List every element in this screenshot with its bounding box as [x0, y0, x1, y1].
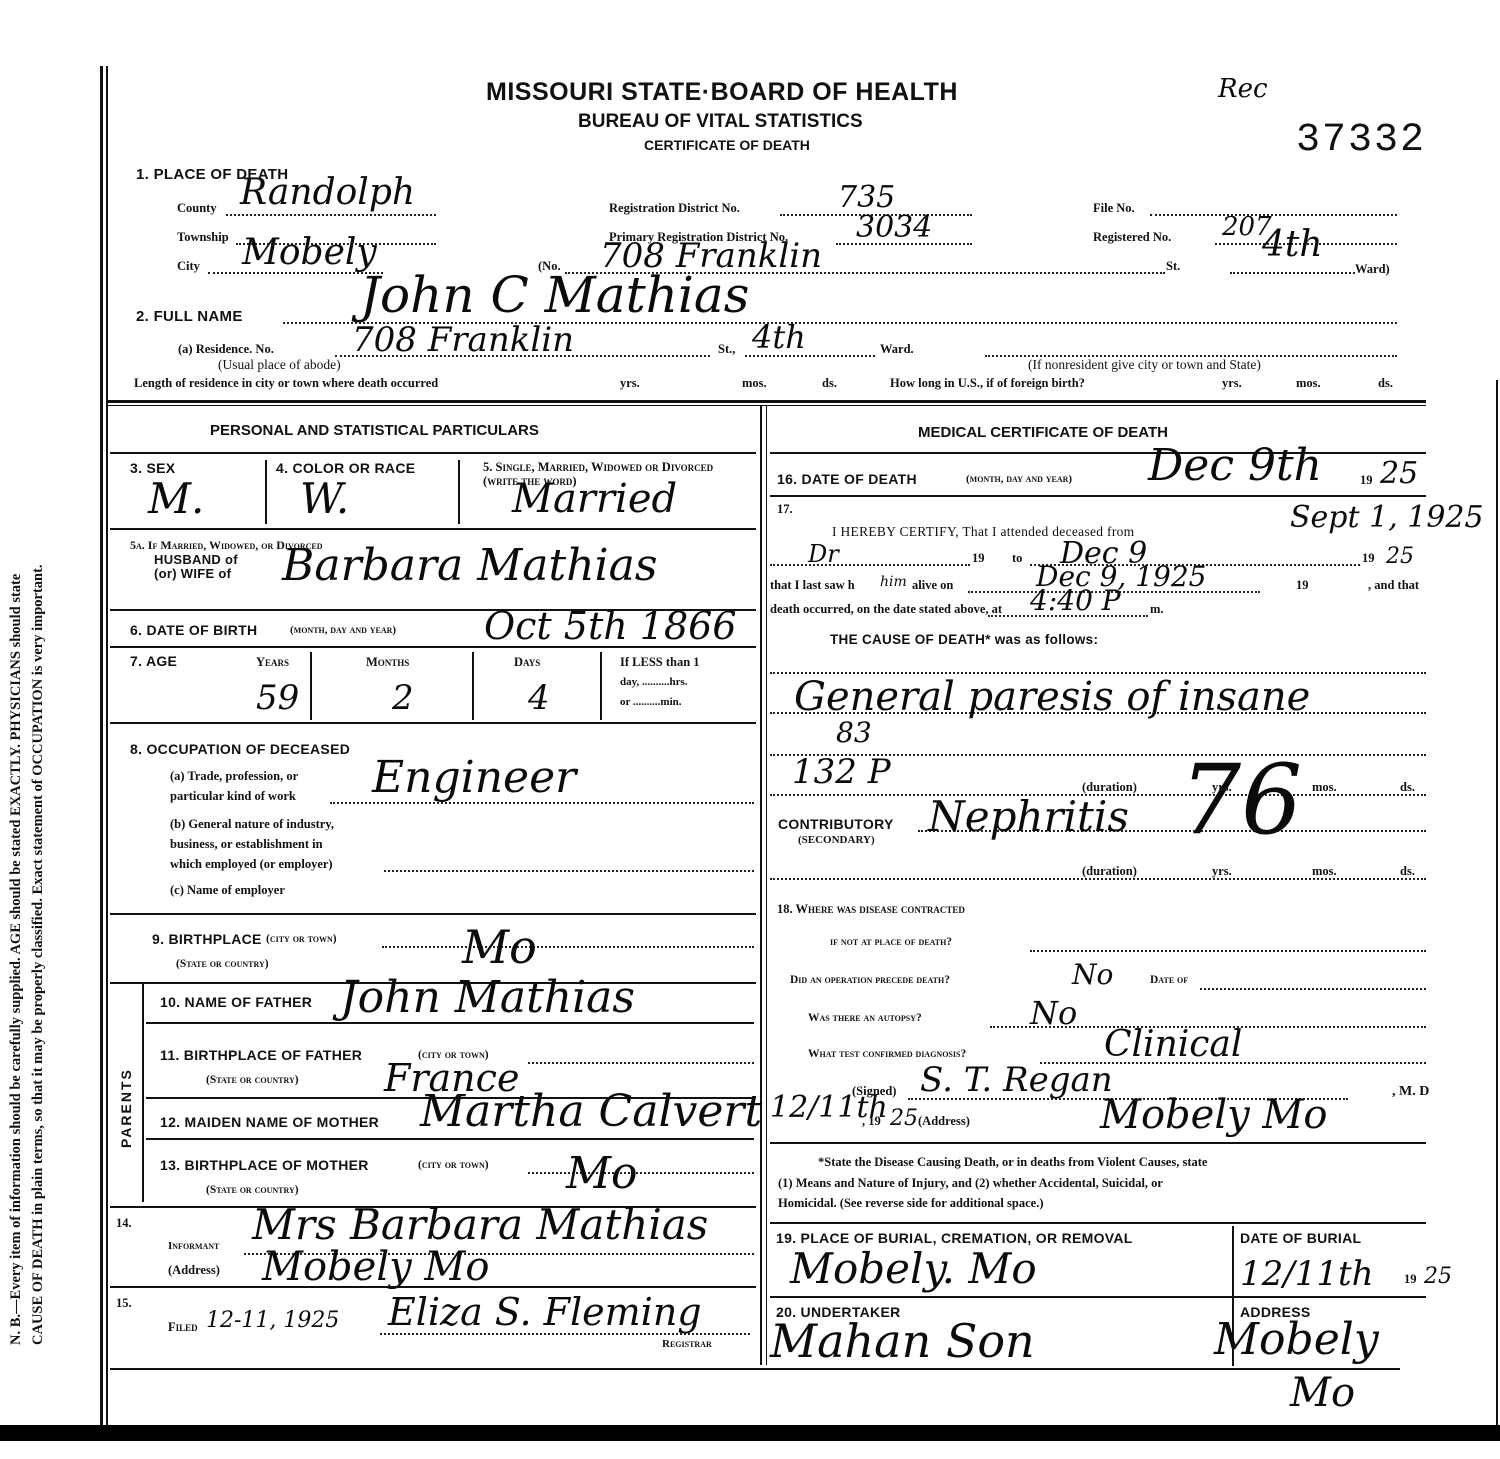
sex-race-divider	[265, 460, 267, 524]
footnote-1: *State the Disease Causing Death, or in …	[818, 1155, 1207, 1170]
filed-date: 12-11, 1925	[206, 1308, 339, 1333]
contributory-value: Nephritis	[928, 792, 1129, 841]
physician-address: Mobely Mo	[1100, 1092, 1327, 1138]
dob-label: 6. DATE OF BIRTH	[130, 622, 257, 638]
test-value: Clinical	[1104, 1024, 1242, 1065]
father-bp-label: 11. BIRTHPLACE OF FATHER	[160, 1047, 362, 1063]
birthplace-city-note: (city or town)	[266, 933, 337, 945]
if-not-label: if not at place of death?	[830, 936, 952, 948]
attended-from-value: Sept 1, 1925	[1290, 500, 1484, 535]
foreign-mos: mos.	[1296, 376, 1321, 391]
left-border-inner	[106, 66, 108, 1428]
residence-ward-label: Ward.	[880, 342, 914, 357]
scan-bottom-edge	[0, 1425, 1500, 1441]
duration-ds-1: ds.	[1400, 780, 1415, 795]
less-label-3: or ..........min.	[620, 696, 682, 708]
last-saw-him: him	[880, 574, 907, 590]
if-not-line	[1030, 950, 1426, 952]
rule-medical-signed	[770, 1142, 1426, 1144]
rule-parents-3	[146, 1138, 754, 1140]
city-label: City	[177, 259, 200, 274]
birthplace-state-note: (State or country)	[176, 958, 269, 970]
burial-place-value: Mobely. Mo	[790, 1244, 1037, 1293]
residence-value: 708 Franklin	[352, 320, 574, 360]
father-bp-state-note: (State or country)	[206, 1074, 299, 1086]
duration-mos-2: mos.	[1312, 864, 1337, 879]
rule-personal-1	[110, 452, 756, 454]
rule-burial-1	[770, 1296, 1426, 1298]
ward-value: 4th	[1262, 224, 1323, 265]
md-label: , M. D	[1392, 1084, 1429, 1100]
autopsy-value: No	[1030, 994, 1077, 1032]
abode-note: (Usual place of abode)	[218, 357, 341, 373]
township-label: Township	[177, 230, 229, 245]
burial-date-value: 12/11th	[1240, 1254, 1374, 1294]
test-label: What test confirmed diagnosis?	[808, 1048, 966, 1060]
cert-num: 17.	[777, 502, 793, 517]
rule-personal-6	[110, 913, 756, 915]
duration-yrs-2: yrs.	[1212, 864, 1232, 879]
marital-value: Married	[512, 476, 677, 522]
informant-num: 14.	[116, 1216, 132, 1231]
burial-year-prefix: 19	[1404, 1272, 1417, 1287]
dob-note: (month, day and year)	[290, 624, 396, 636]
duration-label-2: (duration)	[1082, 864, 1137, 879]
race-marital-divider	[458, 460, 460, 524]
registrar-label: Registrar	[662, 1338, 712, 1350]
occ-b-label-2: business, or establishment in	[170, 837, 323, 852]
foreign-yrs: yrs.	[1222, 376, 1242, 391]
race-value: W.	[300, 474, 349, 523]
foreign-birth-label: How long in U.S., if of foreign birth?	[890, 376, 1085, 391]
and-that: , and that	[1368, 578, 1419, 593]
duration-ds-2: ds.	[1400, 864, 1415, 879]
left-border-outer	[100, 66, 103, 1428]
informant-label: Informant	[168, 1240, 219, 1252]
age-divider-1	[310, 652, 312, 720]
attended-nineteen-1: 19	[972, 551, 985, 566]
mother-bp-label: 13. BIRTHPLACE OF MOTHER	[160, 1157, 369, 1173]
primary-reg-value: 3034	[856, 210, 932, 245]
months-label: Months	[366, 655, 409, 670]
occ-a-label-1: (a) Trade, profession, or	[170, 769, 298, 784]
father-bp-line	[528, 1062, 754, 1064]
footnote-2: (1) Means and Nature of Injury, and (2) …	[778, 1176, 1163, 1191]
rule-informant	[110, 1286, 756, 1288]
section-divider-top	[108, 400, 1426, 403]
rule-personal-5	[110, 722, 756, 724]
form-name: CERTIFICATE OF DEATH	[644, 137, 810, 153]
dod-year-prefix: 19	[1360, 473, 1373, 488]
father-label: 10. NAME OF FATHER	[160, 994, 312, 1010]
nonresident-note: (If nonresident give city or town and St…	[1028, 357, 1261, 373]
date-of-line	[1200, 988, 1426, 990]
mother-bp-state-note: (State or country)	[206, 1184, 299, 1196]
rule-parents-1	[146, 1022, 754, 1024]
occ-b-line	[384, 870, 754, 872]
certificate-number: 37332	[1296, 118, 1426, 163]
alive-on-label: alive on	[912, 578, 953, 593]
occ-a-label-2: particular kind of work	[170, 789, 296, 804]
occurred-label: death occurred, on the date stated above…	[770, 602, 1002, 617]
duration-line-2	[770, 878, 1426, 880]
age-days-value: 4	[528, 678, 550, 718]
duration-mos-1: mos.	[1312, 780, 1337, 795]
informant-address-label: (Address)	[168, 1263, 220, 1278]
file-no-line	[1150, 214, 1397, 216]
spouse-value: Barbara Mathias	[282, 540, 657, 591]
residence-label: (a) Residence. No.	[178, 342, 274, 357]
mother-bp-line	[528, 1172, 754, 1174]
registrar-signature: Eliza S. Fleming	[388, 1290, 702, 1334]
last-saw-nineteen: 19	[1296, 578, 1309, 593]
residence-st-label: St.,	[718, 342, 735, 357]
less-label-1: If LESS than 1	[620, 655, 700, 670]
dod-year-value: 25	[1380, 456, 1418, 491]
occupation-value: Engineer	[372, 752, 576, 803]
autopsy-label: Was there an autopsy?	[808, 1012, 922, 1024]
burial-date-label: DATE OF BURIAL	[1240, 1230, 1361, 1246]
file-no-label: File No.	[1093, 201, 1135, 216]
form-title: MISSOURI STATE·BOARD OF HEALTH	[486, 78, 958, 107]
margin-code: 76	[1180, 744, 1302, 856]
spouse-label-2: HUSBAND of	[154, 552, 238, 567]
side-note-line-2: CAUSE OF DEATH in plain terms, so that i…	[30, 564, 47, 1345]
attended-from-line	[770, 564, 970, 566]
county-line	[226, 214, 436, 216]
parents-side-label: PARENTS	[118, 1068, 134, 1148]
less-label-2: day, ..........hrs.	[620, 676, 688, 688]
mother-value: Martha Calvert	[420, 1086, 762, 1137]
foreign-ds: ds.	[1378, 376, 1393, 391]
length-yrs: yrs.	[620, 376, 640, 391]
time-value: 4:40 P	[1030, 584, 1121, 617]
physician-signature: S. T. Regan	[920, 1060, 1113, 1100]
cause-code-1: 83	[836, 716, 872, 749]
st-label: St.	[1166, 259, 1180, 274]
physician-address-label: (Address)	[918, 1114, 970, 1129]
reg-district-label: Registration District No.	[609, 201, 740, 216]
length-ds: ds.	[822, 376, 837, 391]
center-divider	[760, 405, 762, 1365]
mother-bp-city-note: (city or town)	[418, 1159, 489, 1171]
operation-value: No	[1072, 958, 1113, 991]
mother-bp-value: Mo	[566, 1148, 638, 1199]
undertaker-address-2: Mo	[1290, 1370, 1355, 1416]
occ-b-label-1: (b) General nature of industry,	[170, 817, 334, 832]
corner-mark: Rec	[1218, 74, 1268, 104]
attended-nineteen-2: 19	[1362, 551, 1375, 566]
cause-label: THE CAUSE OF DEATH* was as follows:	[830, 632, 1098, 647]
years-label: Years	[256, 655, 289, 670]
age-years-value: 59	[256, 678, 299, 718]
to-label: to	[1012, 551, 1022, 566]
side-note-line-1: N. B.—Every item of information should b…	[8, 574, 25, 1345]
dod-note: (month, day and year)	[966, 473, 1072, 485]
rule-bottom-left-1	[110, 1368, 1400, 1370]
rule-medical-burial	[770, 1222, 1426, 1224]
m-label: m.	[1150, 602, 1164, 617]
attended-to-year: 25	[1386, 544, 1414, 569]
occupation-label: 8. OCCUPATION OF DECEASED	[130, 741, 350, 757]
rule-personal-4	[110, 646, 756, 648]
cause-value: General paresis of insane	[794, 674, 1310, 720]
age-months-value: 2	[392, 678, 414, 718]
occ-b-label-3: which employed (or employer)	[170, 857, 333, 872]
filed-num: 15.	[116, 1296, 132, 1311]
sign-year: 25	[890, 1106, 918, 1131]
city-value: Mobely	[242, 232, 377, 273]
birthplace-value: Mo	[462, 920, 537, 974]
right-border	[1496, 380, 1498, 1425]
last-saw-label: that I last saw h	[770, 578, 855, 593]
sex-value: M.	[148, 474, 204, 523]
footnote-3: Homicidal. (See reverse side for additio…	[778, 1196, 1043, 1211]
where-contracted-label: 18. Where was disease contracted	[777, 902, 965, 917]
undertaker-value: Mahan Son	[770, 1314, 1035, 1368]
personal-section-title: PERSONAL AND STATISTICAL PARTICULARS	[210, 422, 539, 439]
spouse-label-3: (or) WIFE of	[154, 566, 231, 581]
rule-medical-2	[770, 495, 1426, 497]
dod-label: 16. DATE OF DEATH	[777, 471, 917, 487]
form-subtitle: BUREAU OF VITAL STATISTICS	[578, 111, 863, 133]
informant-value: Mrs Barbara Mathias	[252, 1200, 708, 1249]
county-value: Randolph	[240, 172, 415, 213]
operation-label: Did an operation precede death?	[790, 974, 950, 986]
registered-no-label: Registered No.	[1093, 230, 1171, 245]
county-label: County	[177, 201, 217, 216]
secondary-label: (SECONDARY)	[798, 834, 875, 846]
filed-label: Filed	[168, 1320, 198, 1335]
rule-medical-1	[770, 452, 1426, 454]
residence-ward-value: 4th	[752, 318, 806, 356]
occ-c-label: (c) Name of employer	[170, 883, 285, 898]
center-divider-2	[766, 405, 767, 1365]
section-divider-top-2	[108, 405, 1426, 406]
mother-label: 12. MAIDEN NAME OF MOTHER	[160, 1114, 379, 1130]
age-label: 7. AGE	[130, 653, 177, 669]
contributory-label: CONTRIBUTORY	[778, 816, 894, 832]
date-of-label: Date of	[1150, 974, 1188, 986]
age-divider-2	[472, 652, 474, 720]
full-name-value: John C Mathias	[360, 266, 749, 324]
parents-divider	[142, 984, 144, 1202]
age-divider-3	[600, 652, 602, 720]
sign-year-prefix: , 19	[862, 1114, 881, 1129]
length-residence-label: Length of residence in city or town wher…	[134, 376, 438, 391]
medical-section-title: MEDICAL CERTIFICATE OF DEATH	[918, 424, 1168, 441]
burial-year: 25	[1424, 1264, 1452, 1289]
dob-value: Oct 5th 1866	[484, 604, 737, 648]
informant-address-value: Mobely Mo	[262, 1244, 489, 1290]
birthplace-line	[382, 946, 754, 948]
undertaker-address-value: Mobely	[1214, 1314, 1379, 1365]
dod-value: Dec 9th	[1148, 440, 1322, 491]
rule-personal-2	[110, 528, 756, 530]
birthplace-label: 9. BIRTHPLACE	[152, 931, 262, 947]
days-label: Days	[514, 655, 540, 670]
ward-line	[1230, 272, 1355, 274]
attended-from-2-value: Dr	[808, 540, 839, 568]
father-value: John Mathias	[340, 972, 635, 1023]
ward-label: Ward)	[1355, 262, 1390, 277]
length-mos: mos.	[742, 376, 767, 391]
full-name-label: 2. FULL NAME	[136, 308, 243, 325]
cause-code-2: 132 P	[792, 752, 891, 792]
